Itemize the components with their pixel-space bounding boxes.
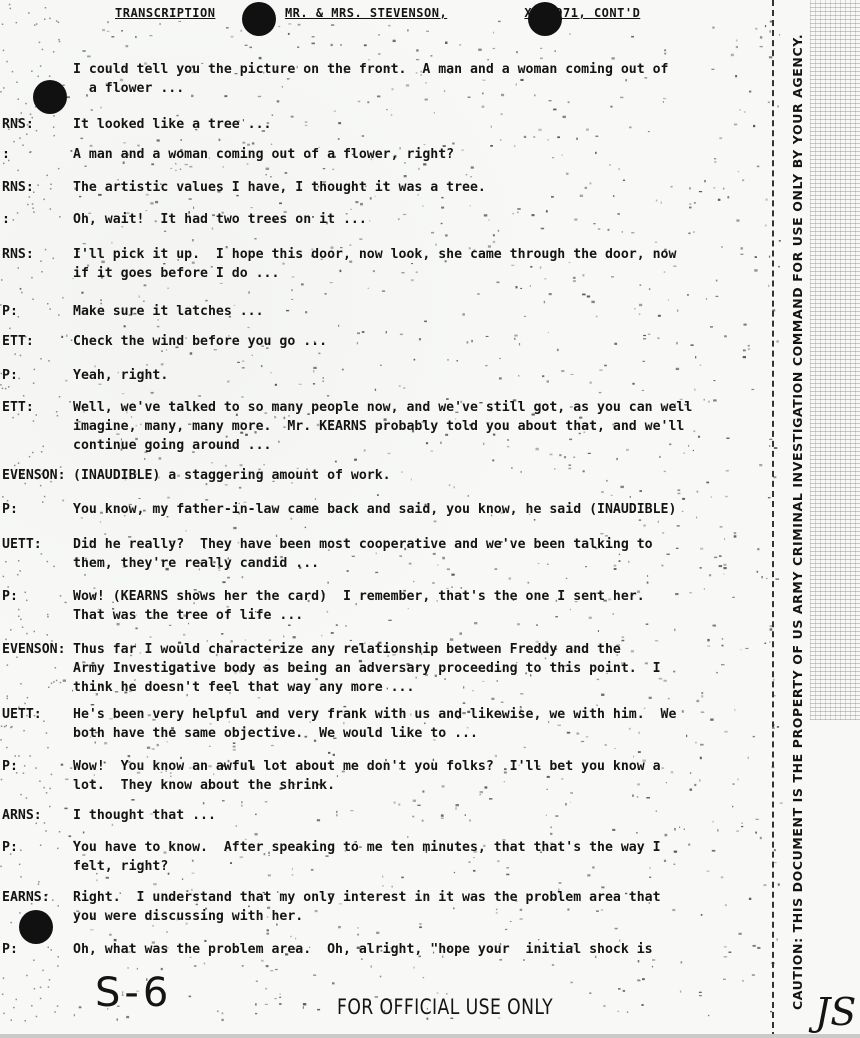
margin-scan-noise	[810, 0, 860, 720]
punch-hole-top-left	[242, 2, 276, 36]
speaker-text: You know, my father-in-law came back and…	[73, 500, 773, 519]
handwritten-initials: JS	[815, 990, 856, 1034]
speaker-text: I thought that ...	[73, 806, 773, 825]
speaker-label: :	[2, 210, 72, 229]
margin-divider	[772, 0, 774, 1038]
speaker-text: The artistic values I have, I thought it…	[73, 178, 773, 197]
caution-margin-text: CAUTION: THIS DOCUMENT IS THE PROPERTY O…	[790, 10, 805, 1010]
page-number: S-6	[95, 970, 172, 1016]
speaker-label: EVENSON:	[2, 640, 72, 659]
speaker-label: P:	[2, 302, 72, 321]
speaker-label: ETT:	[2, 398, 72, 417]
page-edge	[0, 1034, 860, 1038]
speaker-label: P:	[2, 838, 72, 857]
speaker-text: Wow! (KEARNS shows her the card) I remem…	[73, 587, 773, 625]
speaker-text: Well, we've talked to so many people now…	[73, 398, 773, 455]
header-title: TRANSCRIPTION	[115, 6, 215, 20]
speaker-label: P:	[2, 366, 72, 385]
speaker-text: You have to know. After speaking to me t…	[73, 838, 773, 876]
speaker-text: Thus far I would characterize any relati…	[73, 640, 773, 697]
punch-hole-left-upper	[33, 80, 67, 114]
speaker-text: (INAUDIBLE) a staggering amount of work.	[73, 466, 773, 485]
speaker-label: EVENSON:	[2, 466, 72, 485]
speaker-label: P:	[2, 757, 72, 776]
speaker-label: RNS:	[2, 178, 72, 197]
document-header: TRANSCRIPTION MR. & MRS. STEVENSON, XX 1…	[115, 6, 755, 20]
speaker-text: A man and a woman coming out of a flower…	[73, 145, 773, 164]
speaker-text: Wow! You know an awful lot about me don'…	[73, 757, 773, 795]
speaker-text: Make sure it latches ...	[73, 302, 773, 321]
punch-hole-top-right	[528, 2, 562, 36]
header-parties: MR. & MRS. STEVENSON,	[285, 6, 447, 20]
speaker-text: I'll pick it up. I hope this door, now l…	[73, 245, 773, 283]
speaker-label: P:	[2, 940, 72, 959]
speaker-text: Oh, what was the problem area. Oh, alrig…	[73, 940, 773, 959]
speaker-label: UETT:	[2, 535, 72, 554]
speaker-text: Yeah, right.	[73, 366, 773, 385]
speaker-text: Right. I understand that my only interes…	[73, 888, 773, 926]
speaker-label: :	[2, 145, 72, 164]
classification-footer: FOR OFFICIAL USE ONLY	[337, 995, 553, 1019]
speaker-text: Check the wind before you go ...	[73, 332, 773, 351]
speaker-text: It looked like a tree ...	[73, 115, 773, 134]
speaker-text: Oh, wait! It had two trees on it ...	[73, 210, 773, 229]
speaker-label: EARNS:	[2, 888, 72, 907]
speaker-label: RNS:	[2, 115, 72, 134]
document-page: TRANSCRIPTION MR. & MRS. STEVENSON, XX 1…	[0, 0, 860, 1038]
speaker-text: I could tell you the picture on the fron…	[73, 60, 773, 98]
speaker-label: ARNS:	[2, 806, 72, 825]
speaker-label: P:	[2, 500, 72, 519]
speaker-text: Did he really? They have been most coope…	[73, 535, 773, 573]
speaker-label: P:	[2, 587, 72, 606]
speaker-label: RNS:	[2, 245, 72, 264]
speaker-label: UETT:	[2, 705, 72, 724]
punch-hole-left-lower	[19, 910, 53, 944]
speaker-label: ETT:	[2, 332, 72, 351]
speaker-text: He's been very helpful and very frank wi…	[73, 705, 773, 743]
